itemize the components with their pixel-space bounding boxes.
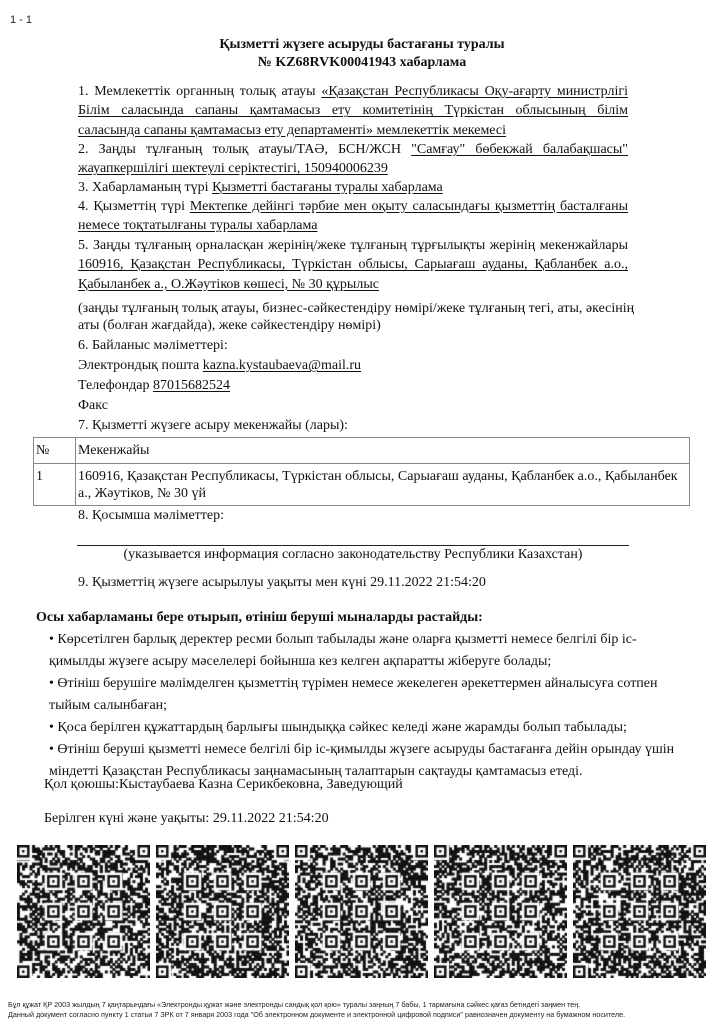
section-4-label: 4. Қызметтің түрі <box>78 199 190 214</box>
issued-datetime: Берілген күні және уақыты: 29.11.2022 21… <box>44 811 329 827</box>
table-header-row: № Мекенжайы <box>34 438 690 464</box>
document-title: Қызметті жүзеге асыруды бастағаны туралы… <box>0 36 724 72</box>
footer-line-ru: Данный документ согласно пункту 1 статьи… <box>8 1010 625 1020</box>
qr-code-4 <box>434 845 567 978</box>
section-9-value: 29.11.2022 21:54:20 <box>370 575 486 590</box>
signer: Қол қоюшы:Кыстаубаева Казна Серикбековна… <box>44 777 403 793</box>
section-3-label: 3. Хабарламаның түрі <box>78 180 212 195</box>
section-1-label: 1. Мемлекеттік органның толық атауы <box>78 84 321 99</box>
additional-info-line <box>77 545 629 546</box>
section-4: 4. Қызметтің түрі Мектепке дейінгі тәрби… <box>78 197 628 236</box>
section-5: 5. Заңды тұлғаның орналасқан жерінің/жек… <box>78 236 628 294</box>
email-row: Электрондық пошта kazna.kystaubaeva@mail… <box>78 356 361 376</box>
identification-note: (заңды тұлғаның толық атауы, бизнес-сәйк… <box>78 300 638 334</box>
section-8-heading: 8. Қосымша мәліметтер: <box>78 508 224 524</box>
section-9: 9. Қызметтің жүзеге асырылуы уақыты мен … <box>78 575 486 591</box>
qr-code-strip <box>17 845 709 979</box>
phone-label: Телефондар <box>78 378 153 393</box>
qr-code-5 <box>573 845 706 978</box>
phone-row: Телефондар 87015682524 <box>78 376 361 396</box>
confirmation-item: • Қоса берілген құжаттардың барлығы шынд… <box>49 717 689 739</box>
page-number: 1 - 1 <box>10 14 32 26</box>
title-line-2: № KZ68RVK00041943 хабарлама <box>0 54 724 72</box>
qr-code-3 <box>295 845 428 978</box>
confirmation-heading: Осы хабарламаны бере отырып, өтініш беру… <box>36 610 483 626</box>
section-3-value: Қызметті бастағаны туралы хабарлама <box>212 180 443 195</box>
section-5-value: 160916, Қазақстан Республикасы, Түркіста… <box>78 257 628 291</box>
table-header-address: Мекенжайы <box>76 438 690 464</box>
phone-link[interactable]: 87015682524 <box>153 378 230 393</box>
qr-code-2 <box>156 845 289 978</box>
qr-code-1 <box>17 845 150 978</box>
confirmation-item: • Өтініш берушіге мәлімделген қызметтің … <box>49 673 689 717</box>
footer-line-kz: Бұл құжат ҚР 2003 жылдың 7 қаңтарындағы … <box>8 1000 625 1010</box>
additional-info-caption: (указывается информация согласно законод… <box>77 547 629 563</box>
contacts-heading: 6. Байланыс мәліметтері: <box>78 336 361 356</box>
section-3: 3. Хабарламаның түрі Қызметті бастағаны … <box>78 178 628 197</box>
section-2-label: 2. Заңды тұлғаның толық атауы/ТАӘ, БСН/Ж… <box>78 142 411 157</box>
contact-details: 6. Байланыс мәліметтері: Электрондық пош… <box>78 336 361 416</box>
section-7-heading: 7. Қызметті жүзеге асыру мекенжайы (лары… <box>78 418 348 434</box>
section-9-label: 9. Қызметтің жүзеге асырылуы уақыты мен … <box>78 575 370 590</box>
section-5-label: 5. Заңды тұлғаның орналасқан жерінің/жек… <box>78 238 628 253</box>
fax-row: Факс <box>78 396 361 416</box>
confirmation-item: • Көрсетілген барлық деректер ресми болы… <box>49 629 689 673</box>
section-2: 2. Заңды тұлғаның толық атауы/ТАӘ, БСН/Ж… <box>78 140 628 179</box>
address-table: № Мекенжайы 1 160916, Қазақстан Республи… <box>33 437 690 506</box>
email-link[interactable]: kazna.kystaubaeva@mail.ru <box>203 358 361 373</box>
table-cell-number: 1 <box>34 464 76 506</box>
confirmation-list: • Көрсетілген барлық деректер ресми болы… <box>49 629 689 783</box>
legal-footer: Бұл құжат ҚР 2003 жылдың 7 қаңтарындағы … <box>8 1000 625 1020</box>
table-header-number: № <box>34 438 76 464</box>
title-line-1: Қызметті жүзеге асыруды бастағаны туралы <box>0 36 724 54</box>
section-1: 1. Мемлекеттік органның толық атауы «Қаз… <box>78 82 628 140</box>
table-cell-address: 160916, Қазақстан Республикасы, Түркіста… <box>76 464 690 506</box>
email-label: Электрондық пошта <box>78 358 203 373</box>
table-row: 1 160916, Қазақстан Республикасы, Түркіс… <box>34 464 690 506</box>
